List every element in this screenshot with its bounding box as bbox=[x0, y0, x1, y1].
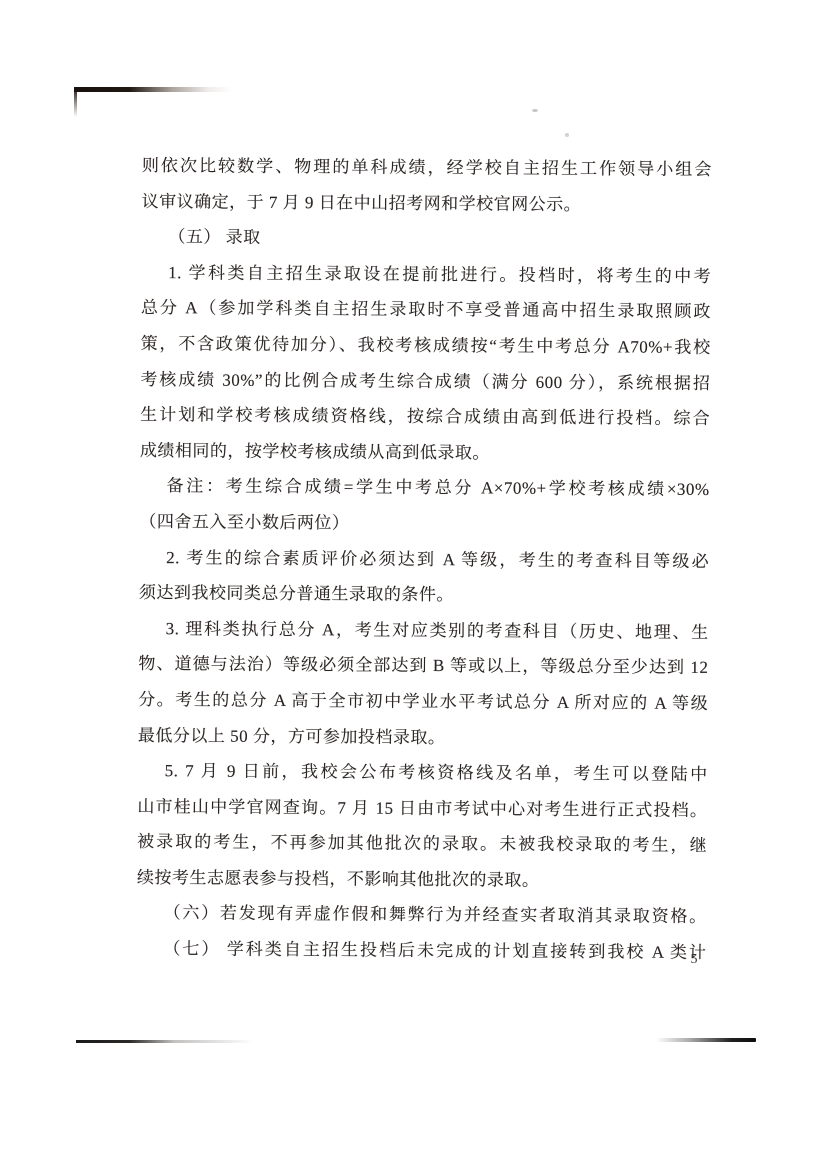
scan-corner-mark-horizontal bbox=[74, 87, 232, 92]
text-line: （五） 录取 bbox=[141, 219, 711, 259]
text-line: 5. 7 月 9 日前，我校会公布考核资格线及名单，考生可以登陆中 bbox=[138, 753, 708, 793]
text-line: 则依次比较数学、物理的单科成绩，经学校自主招生工作领导小组会 bbox=[142, 148, 712, 188]
scanned-document-page: 则依次比较数学、物理的单科成绩，经学校自主招生工作领导小组会议审议确定，于 7 … bbox=[0, 0, 827, 1169]
text-line: （七） 学科类自主招生投档后未完成的计划直接转到我校 A 类计 bbox=[136, 931, 706, 971]
text-line: 备注：考生综合成绩=学生中考总分 A×70%+学校考核成绩×30% bbox=[140, 468, 710, 508]
text-line: 最低分以上 50 分，方可参加投档录取。 bbox=[138, 717, 708, 757]
text-line: 物、道德与法治）等级必须全部达到 B 等或以上，等级总分至少达到 12 bbox=[138, 646, 708, 686]
text-line: 1. 学科类自主招生录取设在提前批进行。投档时，将考生的中考 bbox=[141, 255, 711, 295]
text-line: 须达到我校同类总分普通生录取的条件。 bbox=[139, 575, 709, 615]
scan-edge-line-left bbox=[76, 1040, 254, 1043]
scan-speck bbox=[532, 109, 538, 112]
page-number: 5 bbox=[684, 952, 704, 968]
text-line: 成绩相同的，按学校考核成绩从高到低录取。 bbox=[140, 433, 710, 473]
text-line: 2. 考生的综合素质评价必须达到 A 等级，考生的考查科目等级必 bbox=[139, 540, 709, 580]
text-line: 分。考生的总分 A 高于全市初中学业水平考试总分 A 所对应的 A 等级 bbox=[138, 682, 708, 722]
scan-speck bbox=[565, 133, 569, 137]
text-line: 策，不含政策优待加分）、我校考核成绩按“考生中考总分 A70%+我校 bbox=[141, 326, 711, 366]
text-line: （六）若发现有弄虚作假和舞弊行为并经查实者取消其录取资格。 bbox=[137, 895, 707, 935]
text-line: 议审议确定，于 7 月 9 日在中山招考网和学校官网公示。 bbox=[142, 184, 712, 224]
text-line: 总分 A（参加学科类自主招生录取时不享受普通高中招生录取照顾政 bbox=[141, 290, 711, 330]
text-line: 考核成绩 30%”的比例合成考生综合成绩（满分 600 分），系统根据招 bbox=[140, 362, 710, 402]
text-line: 山市桂山中学官网查询。7 月 15 日由市考试中心对考生进行正式投档。 bbox=[137, 789, 707, 829]
text-line: 续按考生志愿表参与投档，不影响其他批次的录取。 bbox=[137, 860, 707, 900]
text-line: 3. 理科类执行总分 A，考生对应类别的考查科目（历史、地理、生 bbox=[139, 611, 709, 651]
text-line: （四舍五入至小数后两位） bbox=[139, 504, 709, 544]
scan-edge-line-right bbox=[656, 1038, 756, 1042]
scan-corner-mark-vertical bbox=[74, 87, 77, 117]
document-body: 则依次比较数学、物理的单科成绩，经学校自主招生工作领导小组会议审议确定，于 7 … bbox=[136, 148, 712, 971]
text-line: 被录取的考生，不再参加其他批次的录取。未被我校录取的考生，继 bbox=[137, 824, 707, 864]
text-line: 生计划和学校考核成绩资格线，按综合成绩由高到低进行投档。综合 bbox=[140, 397, 710, 437]
